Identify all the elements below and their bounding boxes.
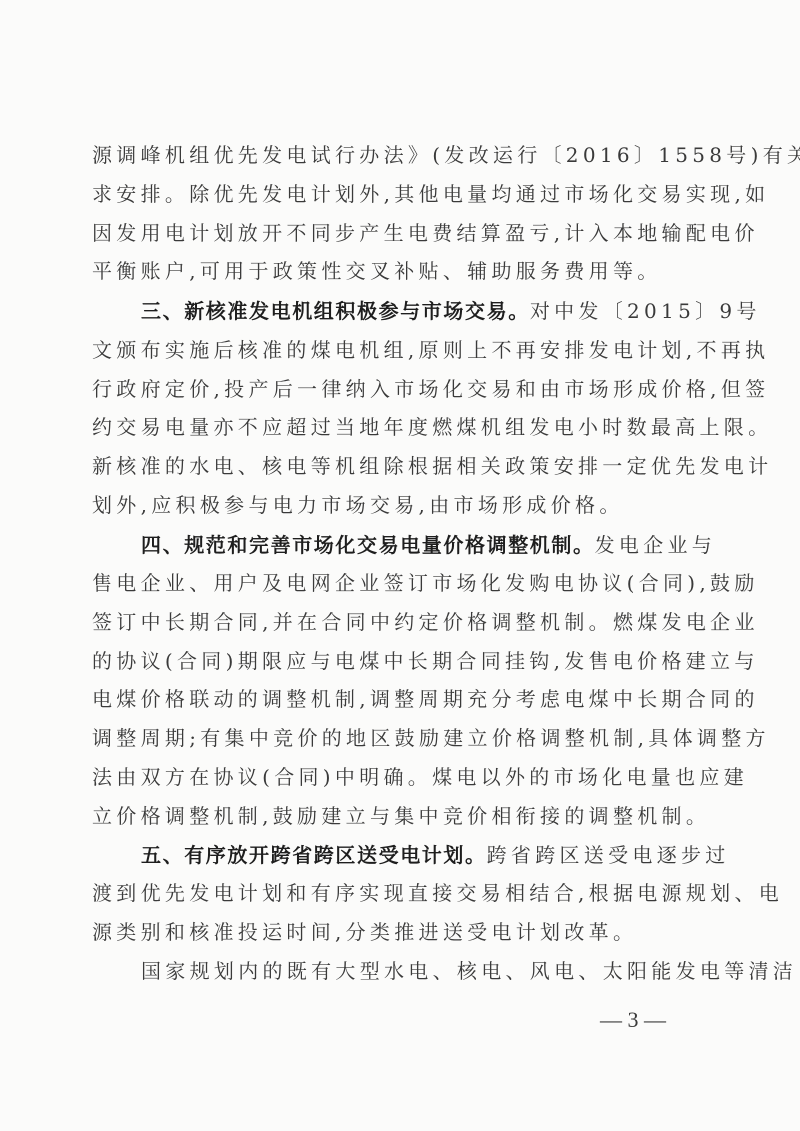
- text-line: 售电企业、用户及电网企业签订市场化发购电协议(合同),鼓励: [92, 568, 682, 598]
- text-line: 国家规划内的既有大型水电、核电、风电、太阳能发电等清洁: [141, 956, 731, 986]
- page-number: — 3 —: [600, 1005, 666, 1035]
- text-line: 立价格调整机制,鼓励建立与集中竞价相衔接的调整机制。: [92, 801, 682, 831]
- text-run: 跨省跨区送受电逐步过: [487, 843, 730, 867]
- text-run: 对中发〔2015〕9号: [530, 299, 761, 323]
- section-heading-5: 五、有序放开跨省跨区送受电计划。: [141, 843, 487, 867]
- text-line: 电煤价格联动的调整机制,调整周期充分考虑电煤中长期合同的: [92, 684, 682, 714]
- text-line: 源调峰机组优先发电试行办法》(发改运行〔2016〕1558号)有关要: [92, 140, 682, 170]
- document-page: 源调峰机组优先发电试行办法》(发改运行〔2016〕1558号)有关要 求安排。除…: [0, 0, 800, 1131]
- section-heading-4: 四、规范和完善市场化交易电量价格调整机制。: [141, 533, 595, 557]
- text-line: 行政府定价,投产后一律纳入市场化交易和由市场形成价格,但签: [92, 374, 682, 404]
- section-4-first-line: 四、规范和完善市场化交易电量价格调整机制。发电企业与: [141, 530, 731, 560]
- text-run: 发电企业与: [595, 533, 717, 557]
- text-line: 文颁布实施后核准的煤电机组,原则上不再安排发电计划,不再执: [92, 335, 682, 365]
- text-line: 签订中长期合同,并在合同中约定价格调整机制。燃煤发电企业: [92, 607, 682, 637]
- text-line: 划外,应积极参与电力市场交易,由市场形成价格。: [92, 490, 682, 520]
- text-line: 的协议(合同)期限应与电煤中长期合同挂钩,发售电价格建立与: [92, 646, 682, 676]
- text-line: 约交易电量亦不应超过当地年度燃煤机组发电小时数最高上限。: [92, 412, 682, 442]
- section-5-first-line: 五、有序放开跨省跨区送受电计划。跨省跨区送受电逐步过: [141, 840, 731, 870]
- text-line: 渡到优先发电计划和有序实现直接交易相结合,根据电源规划、电: [92, 878, 682, 908]
- text-line: 平衡账户,可用于政策性交叉补贴、辅助服务费用等。: [92, 256, 682, 286]
- text-line: 源类别和核准投运时间,分类推进送受电计划改革。: [92, 917, 682, 947]
- section-heading-3: 三、新核准发电机组积极参与市场交易。: [141, 299, 530, 323]
- text-line: 求安排。除优先发电计划外,其他电量均通过市场化交易实现,如: [92, 179, 682, 209]
- section-3-first-line: 三、新核准发电机组积极参与市场交易。对中发〔2015〕9号: [141, 296, 731, 326]
- text-line: 法由双方在协议(合同)中明确。煤电以外的市场化电量也应建: [92, 762, 682, 792]
- text-line: 调整周期;有集中竞价的地区鼓励建立价格调整机制,具体调整方: [92, 723, 682, 753]
- text-line: 因发用电计划放开不同步产生电费结算盈亏,计入本地输配电价: [92, 218, 682, 248]
- text-line: 新核准的水电、核电等机组除根据相关政策安排一定优先发电计: [92, 451, 682, 481]
